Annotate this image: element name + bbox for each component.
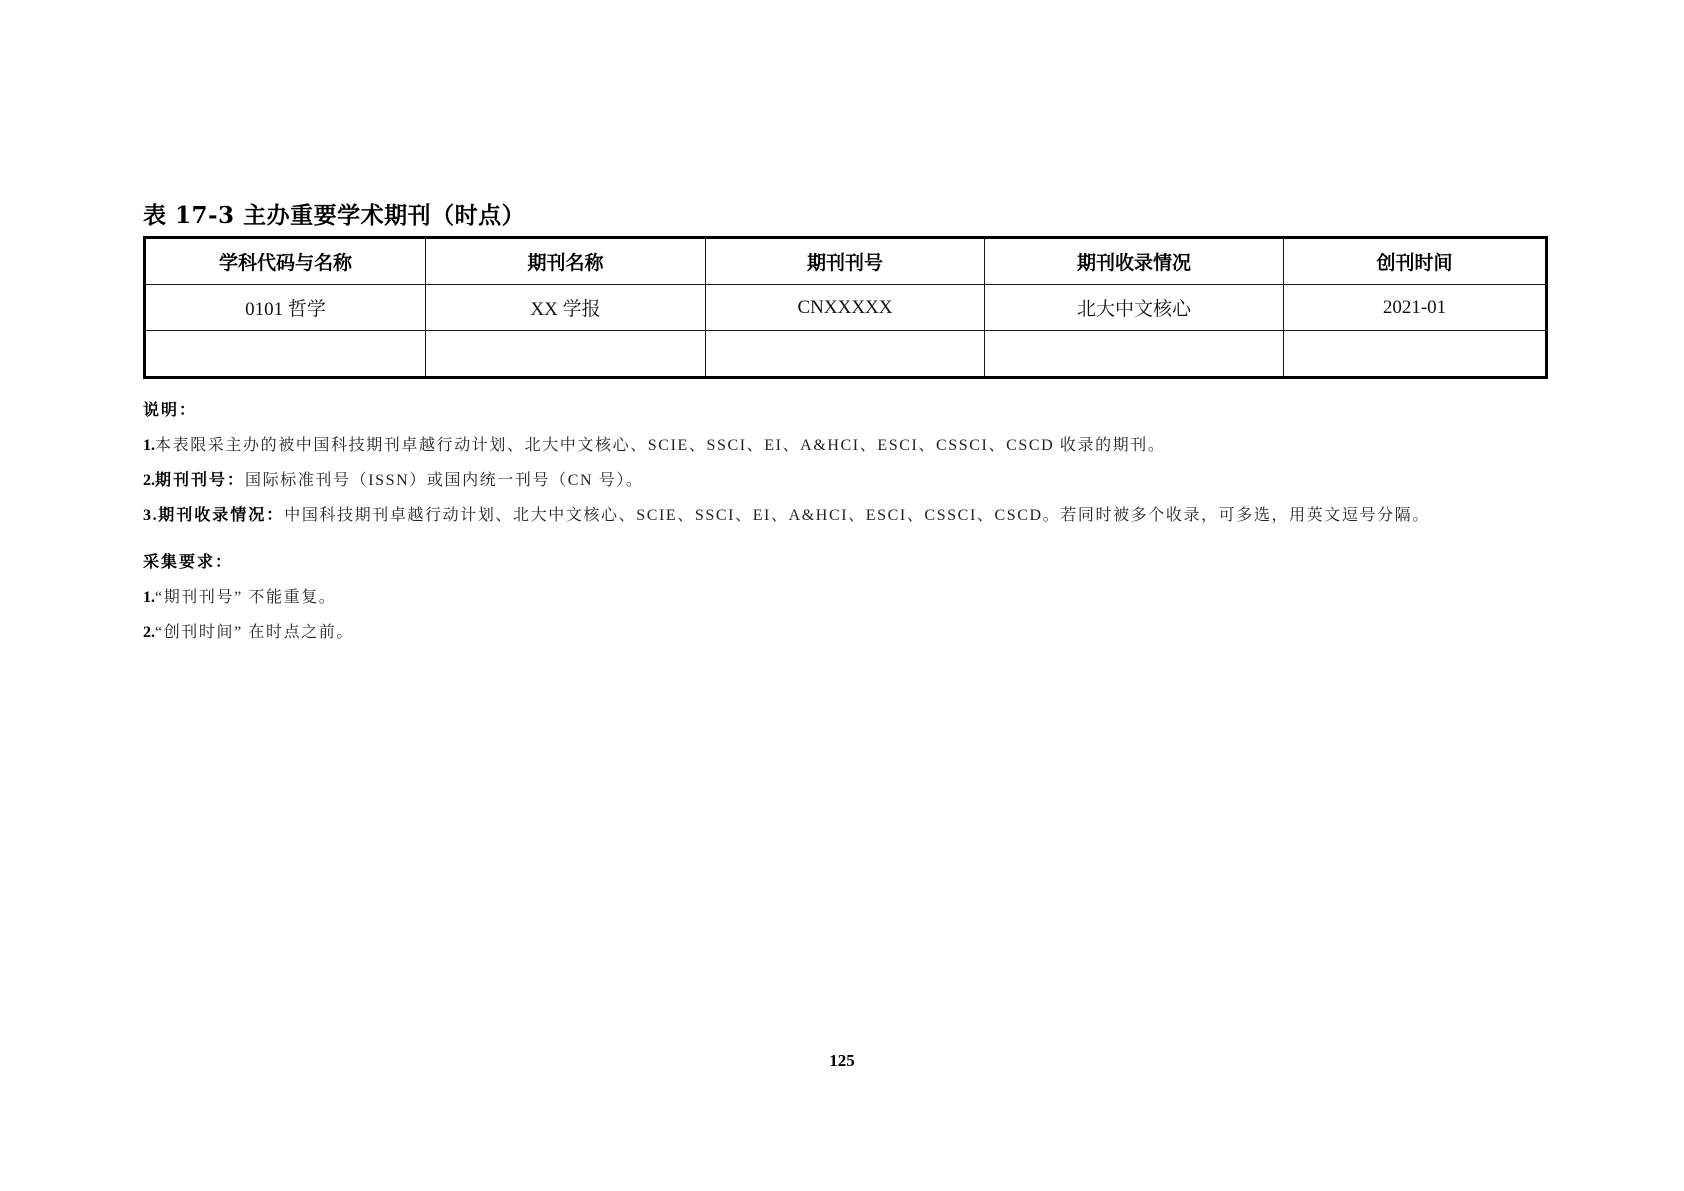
journal-table: 学科代码与名称 期刊名称 期刊刊号 期刊收录情况 创刊时间 0101 哲学 XX… <box>143 236 1548 379</box>
page-number: 125 <box>0 1051 1684 1071</box>
column-header-journal-number: 期刊刊号 <box>706 238 985 285</box>
cell-indexing <box>985 331 1284 378</box>
table-header-row: 学科代码与名称 期刊名称 期刊刊号 期刊收录情况 创刊时间 <box>145 238 1547 285</box>
note-number: 3. <box>143 507 158 524</box>
requirement-item: 2.“创刊时间” 在时点之前。 <box>143 615 1543 650</box>
cell-indexing: 北大中文核心 <box>985 285 1284 331</box>
requirement-number: 2. <box>143 624 155 641</box>
requirement-item: 1.“期刊刊号” 不能重复。 <box>143 580 1543 615</box>
note-term: 期刊收录情况： <box>158 507 284 524</box>
column-header-indexing: 期刊收录情况 <box>985 238 1284 285</box>
note-item: 2.期刊刊号：国际标准刊号（ISSN）或国内统一刊号（CN 号）。 <box>143 463 1543 498</box>
requirement-text: “期刊刊号” 不能重复。 <box>155 589 336 606</box>
note-text: 中国科技期刊卓越行动计划、北大中文核心、SCIE、SSCI、EI、A&HCI、E… <box>284 507 1430 524</box>
cell-journal-number: CNXXXXX <box>706 285 985 331</box>
cell-discipline <box>145 331 426 378</box>
note-text: 本表限采主办的被中国科技期刊卓越行动计划、北大中文核心、SCIE、SSCI、EI… <box>155 437 1165 454</box>
cell-discipline: 0101 哲学 <box>145 285 426 331</box>
note-term: 期刊刊号： <box>155 472 245 489</box>
page-title: 表 17-3 主办重要学术期刊（时点） <box>143 201 525 231</box>
cell-journal-name: XX 学报 <box>426 285 706 331</box>
note-item: 3.期刊收录情况：中国科技期刊卓越行动计划、北大中文核心、SCIE、SSCI、E… <box>143 498 1543 533</box>
cell-journal-name <box>426 331 706 378</box>
note-number: 1. <box>143 437 155 454</box>
notes-heading: 说明： <box>143 393 1543 428</box>
requirement-number: 1. <box>143 589 155 606</box>
column-header-journal-name: 期刊名称 <box>426 238 706 285</box>
column-header-discipline: 学科代码与名称 <box>145 238 426 285</box>
table-row: 0101 哲学 XX 学报 CNXXXXX 北大中文核心 2021-01 <box>145 285 1547 331</box>
notes-section: 说明： 1.本表限采主办的被中国科技期刊卓越行动计划、北大中文核心、SCIE、S… <box>143 393 1543 650</box>
note-item: 1.本表限采主办的被中国科技期刊卓越行动计划、北大中文核心、SCIE、SSCI、… <box>143 428 1543 463</box>
cell-journal-number <box>706 331 985 378</box>
table-row <box>145 331 1547 378</box>
note-number: 2. <box>143 472 155 489</box>
spacer <box>143 533 1543 545</box>
requirement-text: “创刊时间” 在时点之前。 <box>155 624 354 641</box>
note-text: 国际标准刊号（ISSN）或国内统一刊号（CN 号）。 <box>245 472 644 489</box>
column-header-founding-date: 创刊时间 <box>1284 238 1547 285</box>
cell-founding-date <box>1284 331 1547 378</box>
requirements-heading: 采集要求： <box>143 545 1543 580</box>
cell-founding-date: 2021-01 <box>1284 285 1547 331</box>
